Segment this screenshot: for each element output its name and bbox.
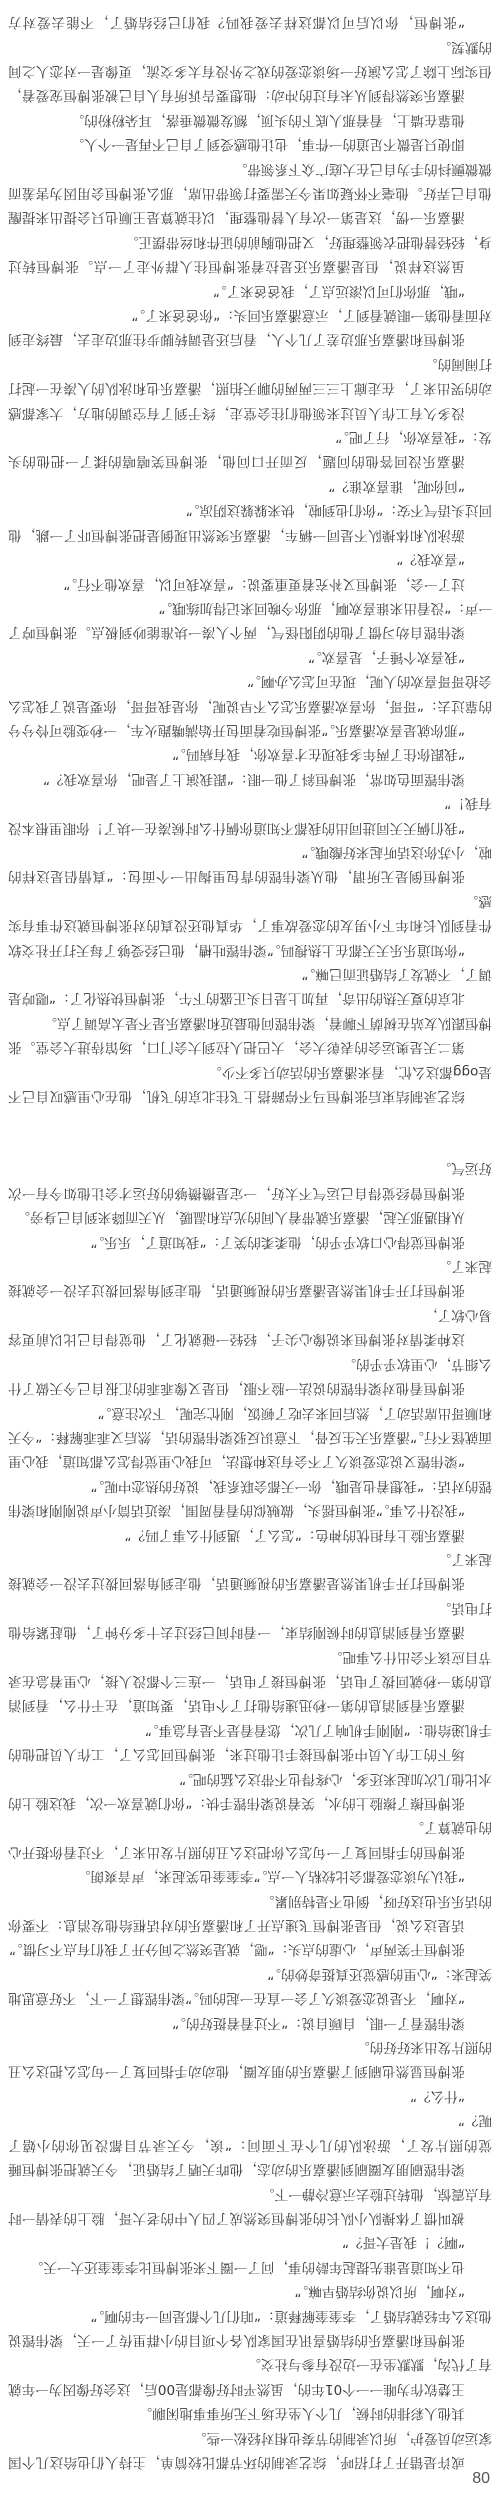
paragraph: 潘嘉乐脸上有担忧的神色：“怎么了，遇到什么事了吗？” [8, 1522, 492, 1546]
paragraph: 从相遇那天起，潘嘉乐就带着人间的光点和温暖，从天而降来到自己身旁。 [8, 1205, 492, 1229]
paragraph: 张博恒打开手机果然是潘嘉乐的视频通话，他走到角落回拨过去没一会就接起来了。 [8, 1547, 492, 1596]
paragraph: 即使只是微不足道的一件事，也让他感受到了自己不再是一个人。 [8, 132, 492, 156]
section-break [8, 1108, 492, 1156]
paragraph: 这种柔情对张博恒来说像心尖子，轻轻一碰就化了，他觉得自己比以前更容易心软了， [8, 1303, 492, 1352]
paragraph: “张博恒，你以后可以都这样去爱我吗？我们已经结婚了，不能去爱对方吗？” [8, 6, 492, 34]
paragraph: 张博恒打开手机果然是潘嘉乐的视频通话，他走到角落回拨过去没一会就接起来了。 [8, 1254, 492, 1303]
paragraph: 话是这么说，但是张博恒飞速点开了和潘嘉乐的对话框给他发消息：不要你的话乐乐也这好… [8, 1888, 492, 1937]
paragraph: 没多久有工作人员过来领他们往会堂走，终于到了有空调的地方，大家都感动的哭出来了，… [8, 351, 492, 424]
paragraph: 潘嘉乐一愣，这是第一次有人替他整理，以往就算是王顺也只会提出来提醒他自己弄好。他… [8, 156, 492, 229]
paragraph: “我们俩天天同进同出的我都不知道你俩什么时候凑在一块了！你眼里根本没有我！” [8, 791, 492, 840]
paragraph: 第二天是奥运会的表彰大会，大巴把人拉到大会门口，场馆待进大会堂。张博恒跟队友站在… [8, 1010, 492, 1059]
paragraph: 梁伟铿自幼习惯了他的阴阳怪气，两个人凑一块准能吵到极点。张博恒哼了一声：“没看出… [8, 596, 492, 645]
paragraph: 张博恒觉得心口软乎乎的，他柔柔的笑了：“我知道了，乐乐。” [8, 1229, 492, 1253]
paragraph: “我喜欢个锤子，是喜欢。” [8, 644, 492, 668]
paragraph: 北京的夏天热的出奇，再加上是日头正盛的下午，张博恒快热化了：“嗯哼是调了，不就发… [8, 962, 492, 1011]
paragraph: 张博恒倒是无所谓，他从梁伟铿的背包里掏出一个面包：“真情侣是这样的啦，小苏你这话… [8, 840, 492, 889]
paragraph: 综艺录制结束后张博恒马不停蹄搭上飞往北京的飞机，他在心里感叹自己不是ogg都这么… [8, 1059, 492, 1108]
paragraph: 虽然这样说，但是潘嘉乐还是拉着张博恒往人群外走了一点。张博恒转过身，轻轻替他把衣… [8, 229, 492, 278]
paragraph: “那你就是喜欢潘嘉乐。”张博恒吃着面包开始满嘴跑火车，一秒变脸可怜兮兮的靠过去：… [8, 669, 492, 742]
paragraph: 潘嘉乐看到消息的时候刚结束，一看时间已经过去十多分钟了，他赶紧给他打电话。 [8, 1595, 492, 1644]
paragraph: “啊？！我是大哥？” [8, 2230, 492, 2254]
paragraph: “问你呢，谁喜欢谁？” [8, 474, 492, 498]
paragraph: “我认为谈恋爱都会比较粘人一点。”李奎奎也笑起来，声音爽朗。 [8, 1864, 492, 1888]
section-2: 综艺录制结束后张博恒马不停蹄搭上飞往北京的飞机，他在心里感叹自己不是ogg都这么… [8, 6, 492, 1108]
section-1: 或许是错开了打招呼，综艺录制的环节都比较简单，主持人们也给这几个国家运动员爱护，… [8, 1156, 492, 2474]
paragraph: “什么？” [8, 2084, 492, 2108]
paragraph: 梁伟铿看了一眼，自顾自说：“不过看着挺好的。” [8, 2010, 492, 2034]
paragraph: 其他人彩排的时候，几个人坐在场下无所事事地闲聊。 [8, 2401, 492, 2425]
paragraph: 梁伟铿刷朋友圈刷到潘嘉乐的动态，他昨天晒了结婚证，今天就把张博恒睡觉的照片发了，… [8, 2108, 492, 2181]
paragraph: “对啊，所以说你结婚早嘛。” [8, 2279, 492, 2303]
paragraph: 张博恒和潘嘉乐的结婚喜讯在国家队各个项目的小群里传了一天，梁伟铿说他这么年轻就结… [8, 2303, 492, 2352]
paragraph: “哦，那你们可以滚远点了，我爸爸来了。” [8, 278, 492, 302]
document-page: 或许是错开了打招呼，综艺录制的环节都比较简单，主持人们也给这几个国家运动员爱护，… [0, 0, 500, 2496]
paragraph: 张博恒擦了擦脸上的水，笑着说梁伟铿手快：“你们就喜欢一次，我这脸上的水比他几次加… [8, 1766, 492, 1815]
paragraph: 潘嘉乐看到消息的第一秒迅速给他打了个电话，要知道，在干什么，看到消息的第一秒就回… [8, 1644, 492, 1717]
paragraph: 游泳队和体操队不是同一辆车，潘嘉乐突然出现倒是把张博恒吓了一跳，他回过头语气不安… [8, 498, 492, 547]
paragraph: 张博恒曾经觉得自己运气不太好，一定是攒攒够的好运才会让他如今有一次好运气。 [8, 1156, 492, 1205]
rotated-body-text: 或许是错开了打招呼，综艺录制的环节都比较简单，主持人们也给这几个国家运动员爱护，… [8, 6, 492, 2474]
paragraph: 张博恒的手指回复了一句怎么你把这么丑的照片发出来了，不过看你挺开心的也就算了。 [8, 1815, 492, 1864]
paragraph: 场下的工作人员中张博恒接手让他过来，张博恒回怎么了，工作人员把他的手机递给他：“… [8, 1717, 492, 1766]
paragraph: 过了一会，张博恒又补充着更重要说：“喜欢我可以，喜欢他不行。” [8, 571, 492, 595]
paragraph: 张博恒和潘嘉乐那边差了几个人，看后还是调转脚步往那边走去，最终走到对面看他第一眼… [8, 303, 492, 352]
paragraph: 张博恒干笑两声，心虚的点头：“嗯，就是突然之间分开了我们有点不习惯。” [8, 1937, 492, 1961]
paragraph: 他靠在墙上，看着那人底下的头顶，额发微微垂落，耳朵粉粉的。 [8, 107, 492, 131]
paragraph: 张博恒看他对梁伟铿的说法一脸不服，但是又像乖乖的汇报自己今天做了什么细节，心里软… [8, 1351, 492, 1400]
paragraph: 也不知道是谁先提起年龄的事，问了一圈下来张博恒比李奎奎还大一天。 [8, 2254, 492, 2278]
page-number: 80 [472, 2470, 490, 2488]
paragraph: “我没什么事。”张博恒摇头，做贼似的看看周围，凑近话筒小声说刚刚和梁伟铿的对话：… [8, 1473, 492, 1522]
paragraph: “你知道乐乐天天都在上热搜吗。”梁伟铿吐槽，他已经受够了每天打开社交软件看到队长… [8, 888, 492, 961]
paragraph: 张博恒显然也刷到了潘嘉乐的朋友圈，他动动手指回复了一句怎么把这么丑的照片发出来好… [8, 2035, 492, 2084]
paragraph: 王楚钦作为唯一一个01年的，虽然平时好像都是00后，这会好像因为一年就有了代沟，… [8, 2352, 492, 2401]
paragraph: “梁伟铿又说恋爱谈久了不会有这种想法，可我心里觉得怎么都知道，我心里面就怪不行。… [8, 1400, 492, 1473]
paragraph: “我跟你住了两年多我现在才喜欢你，我有病吗。” [8, 742, 492, 766]
paragraph: “喜欢我？” [8, 547, 492, 571]
paragraph: “对啊，不是说恋爱谈久了会一直在一起的吗。”梁伟铿想了一下，不好意思地笑起来：“… [8, 1961, 492, 2010]
paragraph: 被叫惯了体操队小队长的张博恒突然成了四人中的老大哥，脸上的表情一时有点震惊，他转… [8, 2181, 492, 2230]
paragraph: 或许是错开了打招呼，综艺录制的环节都比较简单，主持人们也给这几个国家运动员爱护，… [8, 2425, 492, 2474]
paragraph: 潘嘉乐没回答他的问题，反而开口问他，张博恒笑嘻嘻的揉了一把他的头发：“我喜欢你，… [8, 425, 492, 474]
paragraph: 潘嘉乐突然得到从未有过的冲动：他想要告诉所有人自己被张博恒宠爱着，但实际上除了怎… [8, 34, 492, 107]
paragraph: 梁伟铿面色如常，张博恒斜了他一眼：“跟我演上了是吧，你喜欢我？” [8, 766, 492, 790]
